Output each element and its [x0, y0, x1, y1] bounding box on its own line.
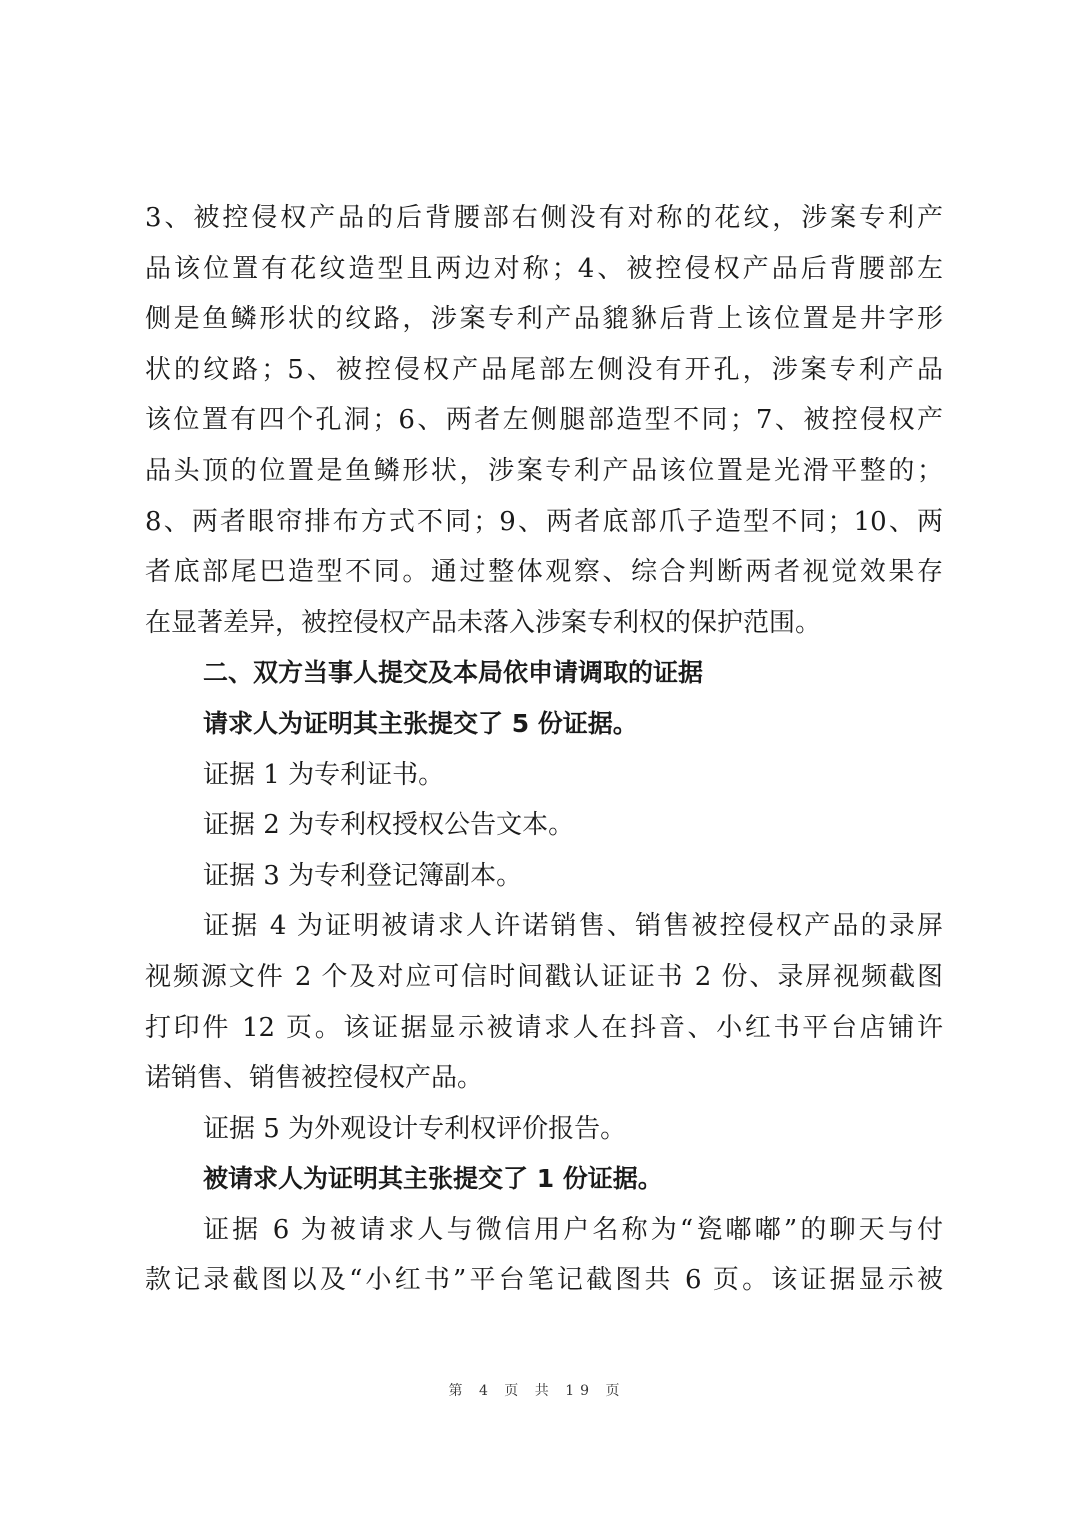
text-line: 者底部尾巴造型不同。通过整体观察、综合判断两者视觉效果存 — [145, 547, 943, 598]
text-line: 证据 4 为证明被请求人许诺销售、销售被控侵权产品的录屏 — [145, 901, 943, 952]
evidence-item-1: 证据 1 为专利证书。 — [145, 750, 943, 801]
text-line: 品该位置有花纹造型且两边对称；4、被控侵权产品后背腰部左 — [145, 244, 943, 295]
evidence-item-2: 证据 2 为专利权授权公告文本。 — [145, 800, 943, 851]
section-heading: 二、双方当事人提交及本局依申请调取的证据 — [145, 648, 943, 699]
text-line: 视频源文件 2 个及对应可信时间戳认证证书 2 份、录屏视频截图 — [145, 952, 943, 1003]
text-line: 诺销售、销售被控侵权产品。 — [145, 1053, 943, 1104]
text-line: 该位置有四个孔洞；6、两者左侧腿部造型不同；7、被控侵权产 — [145, 395, 943, 446]
text-line: 打印件 12 页。该证据显示被请求人在抖音、小红书平台店铺许 — [145, 1003, 943, 1054]
text-line: 证据 6 为被请求人与微信用户名称为“瓷嘟嘟”的聊天与付 — [145, 1205, 943, 1256]
respondent-evidence-intro: 被请求人为证明其主张提交了 1 份证据。 — [145, 1154, 943, 1205]
evidence-item-3: 证据 3 为专利登记簿副本。 — [145, 851, 943, 902]
text-line: 状的纹路；5、被控侵权产品尾部左侧没有开孔，涉案专利产品 — [145, 345, 943, 396]
page-number-footer: 第 4 页 共 19 页 — [0, 1380, 1074, 1400]
evidence-item-5: 证据 5 为外观设计专利权评价报告。 — [145, 1104, 943, 1155]
document-body: 3、被控侵权产品的后背腰部右侧没有对称的花纹，涉案专利产 品该位置有花纹造型且两… — [145, 193, 943, 1306]
document-page: 3、被控侵权产品的后背腰部右侧没有对称的花纹，涉案专利产 品该位置有花纹造型且两… — [0, 0, 1074, 1520]
evidence-item-4: 证据 4 为证明被请求人许诺销售、销售被控侵权产品的录屏 视频源文件 2 个及对… — [145, 901, 943, 1103]
text-line: 在显著差异，被控侵权产品未落入涉案专利权的保护范围。 — [145, 598, 943, 649]
evidence-item-6: 证据 6 为被请求人与微信用户名称为“瓷嘟嘟”的聊天与付 款记录截图以及“小红书… — [145, 1205, 943, 1306]
text-line: 3、被控侵权产品的后背腰部右侧没有对称的花纹，涉案专利产 — [145, 193, 943, 244]
requester-evidence-intro: 请求人为证明其主张提交了 5 份证据。 — [145, 699, 943, 750]
text-line: 侧是鱼鳞形状的纹路，涉案专利产品貔貅后背上该位置是井字形 — [145, 294, 943, 345]
text-line: 8、两者眼帘排布方式不同；9、两者底部爪子造型不同；10、两 — [145, 497, 943, 548]
text-line: 款记录截图以及“小红书”平台笔记截图共 6 页。该证据显示被 — [145, 1255, 943, 1306]
text-line: 品头顶的位置是鱼鳞形状，涉案专利产品该位置是光滑平整的； — [145, 446, 943, 497]
paragraph-comparison-differences: 3、被控侵权产品的后背腰部右侧没有对称的花纹，涉案专利产 品该位置有花纹造型且两… — [145, 193, 943, 648]
